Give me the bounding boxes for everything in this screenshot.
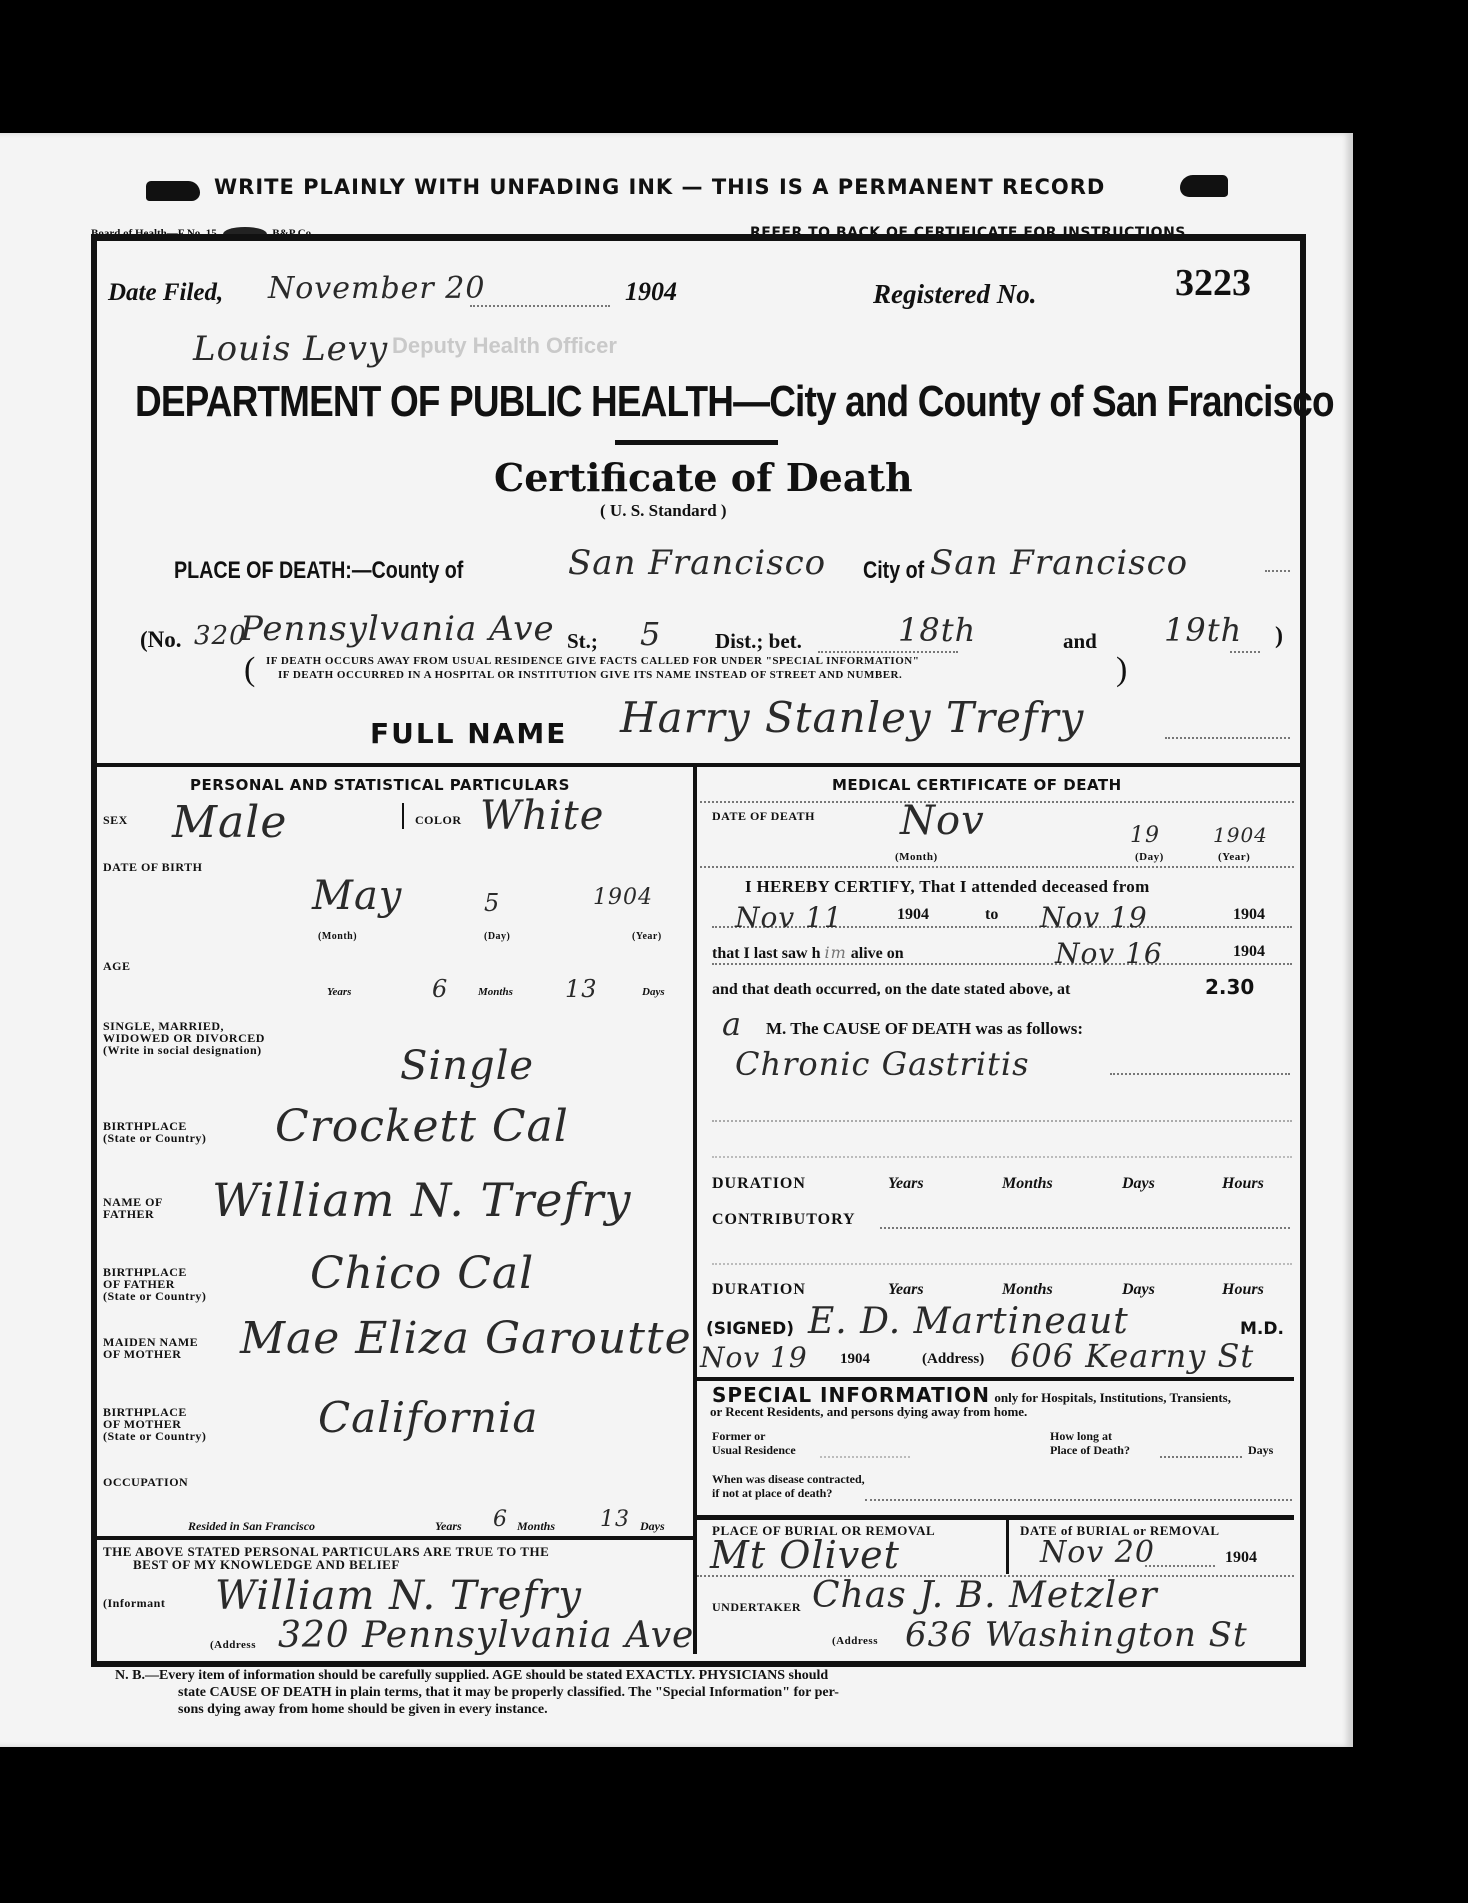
father-birthplace-label: BIRTHPLACE OF FATHER (State or Country) [103,1266,206,1302]
place-note-line-1: IF DEATH OCCURS AWAY FROM USUAL RESIDENC… [266,655,919,667]
footer-note-1: N. B.—Every item of information should b… [115,1667,839,1684]
special-heading-note: only for Hospitals, Institutions, Transi… [994,1390,1231,1405]
age-days-value: 13 [565,975,598,1003]
contributory-line [880,1227,1290,1229]
father-bp-label-3: (State or Country) [103,1290,206,1302]
sex-label: SEX [103,814,128,826]
informant-address: 320 Pennsylvania Ave [278,1615,694,1656]
certify-text: I HEREBY CERTIFY, That I attended deceas… [745,877,1150,897]
resided-months-label: Months [517,1519,555,1534]
dod-year-label: (Year) [1218,851,1250,863]
father-label: NAME OF FATHER [103,1196,163,1220]
street-no-label: (No. [140,627,182,653]
special-heading-note-2: or Recent Residents, and persons dying a… [710,1404,1027,1420]
department-title: DEPARTMENT OF PUBLIC HEALTH—City and Cou… [135,377,1334,427]
burial-rule [697,1515,1294,1520]
occupation-label: OCCUPATION [103,1476,188,1488]
dod-month: Nov [900,798,985,844]
attended-from-year: 1904 [897,906,929,924]
duration-2-months: Months [1002,1281,1053,1299]
date-filed-label: Date Filed, [108,279,223,307]
when-label-2: if not at place of death? [712,1486,865,1500]
dob-month: May [312,873,402,919]
mother-birthplace-value: California [318,1393,538,1442]
burial-date-value: Nov 20 [1040,1535,1155,1570]
how-long-label-1: How long at [1050,1429,1130,1443]
physician-address-label: (Address) [922,1351,984,1368]
birthplace-value: Crockett Cal [275,1101,569,1152]
between-street-2: 19th [1164,611,1242,649]
color-value: White [480,793,604,839]
how-long-label-2: Place of Death? [1050,1443,1130,1457]
place-of-death-label: PLACE OF DEATH:—County of [174,557,463,585]
street-label: St.; [567,629,598,654]
and-label: and [1063,629,1097,654]
duration-2-label: DURATION [712,1281,806,1299]
dob-year: 1904 [593,885,653,910]
informant-statement-2: BEST OF MY KNOWLEDGE AND BELIEF [103,1558,549,1571]
signed-date: Nov 19 [700,1341,808,1374]
attended-from: Nov 11 [735,901,843,934]
resided-years-label: Years [435,1519,462,1534]
city-label: City of [863,557,924,585]
cause-value: Chronic Gastritis [735,1045,1030,1083]
father-birthplace-value: Chico Cal [310,1248,534,1299]
medical-heading: MEDICAL CERTIFICATE OF DEATH [832,776,1122,794]
close-paren: ) [1275,623,1283,650]
duration-days: Days [1122,1175,1155,1193]
registrar-signature: Louis Levy [193,329,388,369]
former-residence-line [820,1456,910,1458]
how-long-label: How long at Place of Death? [1050,1429,1130,1457]
contributory-label: CONTRIBUTORY [712,1211,856,1229]
street-name: Pennsylvania Ave [240,609,555,649]
resided-months-value: 6 [493,1507,508,1532]
between-street-1: 18th [898,611,976,649]
footer-note-2: state CAUSE OF DEATH in plain terms, tha… [115,1684,839,1701]
how-long-line [1160,1456,1242,1458]
mother-birthplace-label: BIRTHPLACE OF MOTHER (State or Country) [103,1406,206,1442]
former-residence-label: Former or Usual Residence [712,1429,796,1457]
when-contracted-line [865,1499,1292,1501]
informant-statement: THE ABOVE STATED PERSONAL PARTICULARS AR… [103,1545,549,1571]
age-years-label: Years [327,986,351,998]
title-rule [615,440,778,445]
when-contracted-label: When was disease contracted, if not at p… [712,1472,865,1500]
registered-label: Registered No. [873,279,1036,310]
age-months-value: 6 [432,975,448,1003]
marital-label: SINGLE, MARRIED, WIDOWED OR DIVORCED (Wr… [103,1020,265,1056]
resided-days-label: Days [640,1519,665,1534]
street-number: 320 [194,621,247,651]
md-label: M.D. [1240,1319,1284,1339]
resided-days-value: 13 [600,1507,630,1532]
birthplace-label: BIRTHPLACE (State or Country) [103,1120,206,1144]
burial-divider [1006,1520,1009,1574]
dob-label: DATE OF BIRTH [103,861,202,873]
pointing-hand-icon [146,181,200,201]
date-filed-line [470,305,610,307]
age-months-label: Months [478,986,513,998]
duration-months: Months [1002,1175,1053,1193]
registered-number: 3223 [1175,261,1251,305]
age-label: AGE [103,960,131,972]
to-label: to [985,906,998,924]
cause-line-2 [712,1120,1292,1122]
medical-rule-1 [700,801,1294,803]
dod-day-label: (Day) [1135,851,1164,863]
contributory-line-2 [712,1263,1292,1265]
certificate-page: WRITE PLAINLY WITH UNFADING INK — THIS I… [0,133,1353,1747]
undertaker-address-label: (Address [832,1635,878,1647]
place-note-line-2: IF DEATH OCCURRED IN A HOSPITAL OR INSTI… [278,669,902,681]
signed-label: (SIGNED) [706,1319,794,1339]
special-rule [697,1377,1294,1381]
dod-month-label: (Month) [895,851,938,863]
informant-address-label: (Address [210,1639,256,1651]
dob-day-label: (Day) [484,931,510,943]
full-name-label: FULL NAME [370,717,567,750]
sex-value: Male [172,797,287,848]
former-label-1: Former or [712,1429,796,1443]
pointing-hand-icon-right [1180,175,1228,197]
alive-on-label: alive on [851,945,904,962]
duration-2-hours: Hours [1222,1281,1264,1299]
medical-rule-2 [700,866,1294,868]
father-label-2: FATHER [103,1208,163,1220]
last-saw-date: Nov 16 [1055,937,1163,970]
burial-date-line [1145,1565,1215,1567]
city-line [1265,570,1290,572]
resided-label: Resided in San Francisco [188,1519,315,1534]
undertaker-name: Chas J. B. Metzler [812,1575,1158,1616]
district-label: Dist.; bet. [715,629,802,654]
last-saw-pronoun: im [820,943,850,962]
informant-label: (Informant [103,1597,165,1609]
certificate-title: Certificate of Death [494,455,913,500]
us-standard: ( U. S. Standard ) [600,501,727,521]
full-name-value: Harry Stanley Trefry [620,693,1084,742]
marital-value: Single [400,1043,534,1089]
dob-day: 5 [484,889,500,917]
marital-label-3: (Write in social designation) [103,1044,265,1056]
mother-value: Mae Eliza Garoutte [240,1313,692,1364]
color-divider [402,803,404,829]
last-saw-line [712,963,1292,965]
birthplace-label-2: (State or Country) [103,1132,206,1144]
registrar-title: Deputy Health Officer [392,333,617,359]
death-time-value: 2.30 [1205,975,1254,999]
dod-label: DATE OF DEATH [712,810,815,822]
duration-years: Years [888,1175,924,1193]
cause-label: M. The CAUSE OF DEATH was as follows: [766,1019,1083,1039]
date-filed-year: 1904 [625,277,677,307]
footer-note-3: sons dying away from home should be give… [115,1701,839,1718]
undertaker-address: 636 Washington St [905,1615,1248,1655]
full-name-line [1165,737,1290,739]
death-time-text: and that death occurred, on the date sta… [712,981,1070,999]
informant-name: William N. Trefry [215,1573,582,1619]
color-label: COLOR [415,814,462,826]
mother-label-2: OF MOTHER [103,1348,198,1360]
between-line-2 [1230,651,1260,653]
death-ampm: a [722,1005,742,1043]
city-value: San Francisco [930,543,1188,583]
district-value: 5 [640,615,661,653]
date-filed-value: November 20 [268,271,485,306]
burial-year: 1904 [1225,1549,1257,1567]
former-label-2: Usual Residence [712,1443,796,1457]
attended-to: Nov 19 [1040,901,1148,934]
age-days-label: Days [642,986,665,998]
banner-text: WRITE PLAINLY WITH UNFADING INK — THIS I… [214,175,1105,199]
county-value: San Francisco [568,543,826,583]
informant-rule [97,1536,693,1540]
duration-hours: Hours [1222,1175,1264,1193]
cause-line-1 [1110,1073,1290,1075]
undertaker-label: UNDERTAKER [712,1601,801,1613]
when-label-1: When was disease contracted, [712,1472,865,1486]
how-long-days-label: Days [1248,1443,1273,1458]
father-value: William N. Trefry [212,1173,631,1227]
last-saw-prefix: that I last saw h [712,945,820,962]
dod-day: 19 [1130,823,1160,848]
dob-month-label: (Month) [318,931,357,943]
duration-2-years: Years [888,1281,924,1299]
footer-note: N. B.—Every item of information should b… [115,1667,839,1718]
mother-bp-label-3: (State or Country) [103,1430,206,1442]
last-saw-year: 1904 [1233,943,1265,961]
last-saw-label: that I last saw himalive on [712,943,904,963]
physician-address: 606 Kearny St [1010,1337,1254,1375]
mother-label: MAIDEN NAME OF MOTHER [103,1336,198,1360]
personal-heading: PERSONAL AND STATISTICAL PARTICULARS [190,776,570,794]
between-line-1 [818,651,958,653]
signed-year: 1904 [840,1351,870,1368]
column-divider [693,767,697,1654]
dob-year-label: (Year) [632,931,662,943]
burial-place-value: Mt Olivet [710,1533,900,1577]
duration-2-days: Days [1122,1281,1155,1299]
dod-year: 1904 [1213,823,1268,847]
duration-label: DURATION [712,1175,806,1193]
physician-signature: E. D. Martineaut [808,1301,1129,1342]
cause-line-3 [712,1156,1292,1158]
attended-to-year: 1904 [1233,906,1265,924]
